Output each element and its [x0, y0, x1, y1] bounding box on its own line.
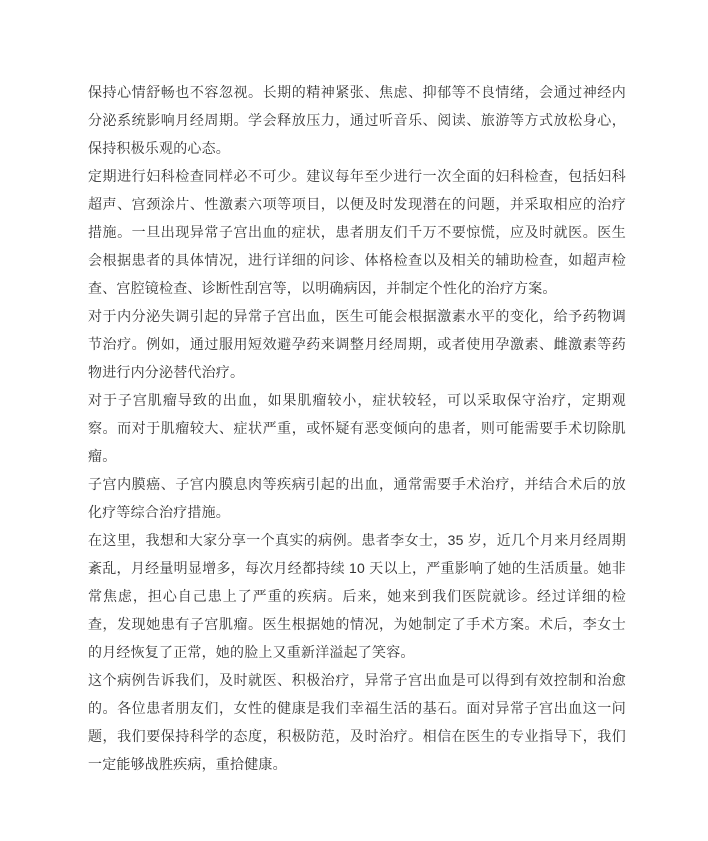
paragraph-mood-care: 保持心情舒畅也不容忽视。长期的精神紧张、焦虑、抑郁等不良情绪，会通过神经内分泌系… — [88, 78, 626, 162]
paragraph-conclusion: 这个病例告诉我们，及时就医、积极治疗，异常子宫出血是可以得到有效控制和治愈的。各… — [88, 666, 626, 778]
paragraph-endocrine-treatment: 对于内分泌失调引起的异常子宫出血，医生可能会根据激素水平的变化，给予药物调节治疗… — [88, 302, 626, 386]
document-page: 保持心情舒畅也不容忽视。长期的精神紧张、焦虑、抑郁等不良情绪，会通过神经内分泌系… — [0, 0, 708, 841]
paragraph-endometrial-disease: 子宫内膜癌、子宫内膜息肉等疾病引起的出血，通常需要手术治疗，并结合术后的放化疗等… — [88, 470, 626, 526]
paragraph-case-study: 在这里，我想和大家分享一个真实的病例。患者李女士，35 岁，近几个月来月经周期紊… — [88, 526, 626, 666]
paragraph-fibroid-treatment: 对于子宫肌瘤导致的出血，如果肌瘤较小，症状较轻，可以采取保守治疗，定期观察。而对… — [88, 386, 626, 470]
paragraph-regular-checkup: 定期进行妇科检查同样必不可少。建议每年至少进行一次全面的妇科检查，包括妇科超声、… — [88, 162, 626, 302]
